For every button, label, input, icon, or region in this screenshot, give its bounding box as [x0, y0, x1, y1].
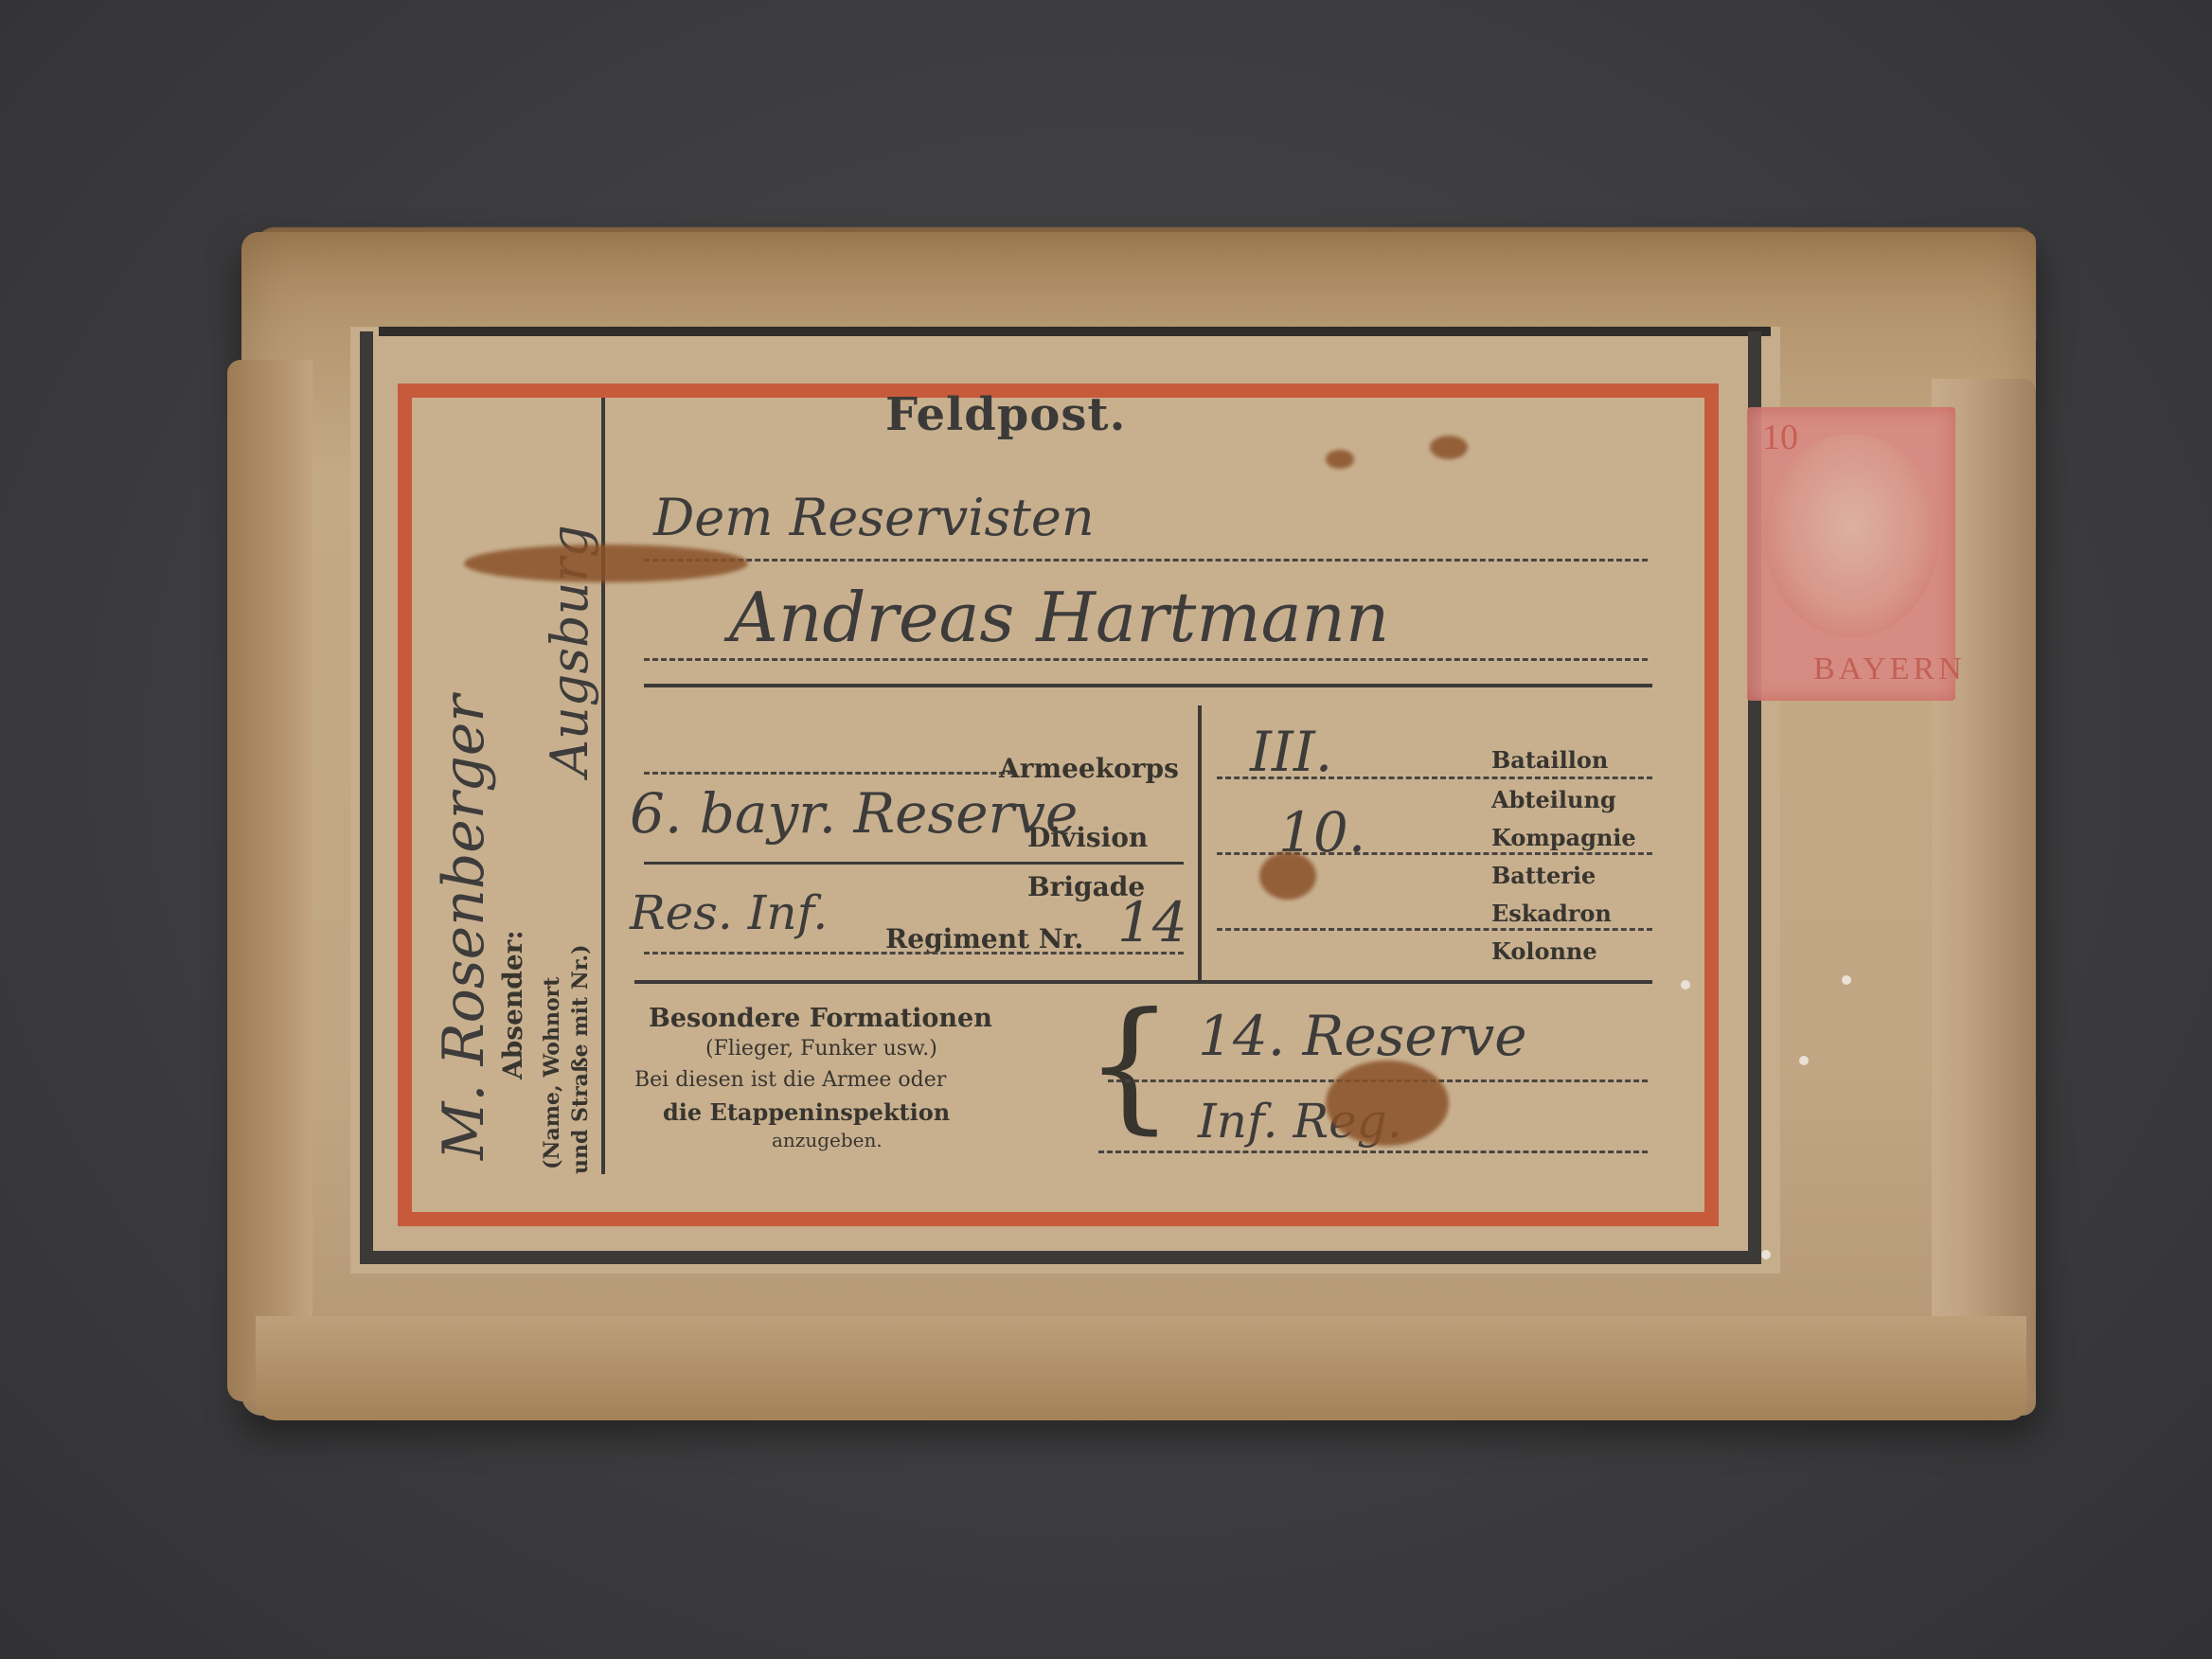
dotted-line [644, 658, 1648, 661]
kompagnie-label: Kompagnie [1491, 824, 1636, 851]
special-formations-sub: (Flieger, Funker usw.) [705, 1037, 937, 1061]
regiment-label: Regiment Nr. [885, 923, 1083, 954]
stamp-value: 10 [1762, 417, 1798, 458]
divider [644, 862, 1184, 865]
rust-stain [1326, 450, 1354, 469]
stamp-portrait-icon [1764, 434, 1939, 637]
divider [644, 684, 1652, 687]
division-value: 6. bayr. Reserve [630, 781, 1078, 846]
dotted-line [644, 772, 1013, 775]
dotted-line [1098, 1151, 1648, 1153]
special-formations-note: die Etappeninspektion [663, 1098, 950, 1126]
wear-spot [1761, 1250, 1771, 1259]
special-formations-value: 14. Reserve [1198, 1004, 1527, 1068]
wear-spot [1681, 980, 1690, 990]
wear-spot [1799, 1056, 1809, 1065]
special-formations-heading: Besondere Formationen [649, 1004, 992, 1033]
stamp-country: BAYERN [1813, 651, 1966, 687]
regiment-value: 14 [1117, 890, 1187, 954]
kolonne-label: Kolonne [1491, 937, 1597, 965]
regiment-prefix: Res. Inf. [630, 885, 828, 940]
special-formations-note: Bei diesen ist die Armee oder [634, 1068, 946, 1092]
postage-stamp: 10 BAYERN [1747, 407, 1955, 701]
division-label: Division [1027, 822, 1148, 853]
dotted-line [1217, 928, 1652, 931]
label-title: Feldpost. [885, 388, 1126, 441]
special-formations-note: anzugeben. [772, 1129, 883, 1151]
recipient-name: Andreas Hartmann [729, 578, 1389, 657]
brace: { [1084, 994, 1174, 1136]
sender-divider [601, 398, 605, 1174]
bataillon-label: Bataillon [1491, 746, 1608, 774]
sender-name: M. Rosenberger [431, 695, 497, 1160]
column-divider [1198, 705, 1202, 980]
recipient-salutation: Dem Reservisten [653, 488, 1095, 547]
sender-label: Absender: [497, 930, 528, 1079]
abteilung-label: Abteilung [1491, 786, 1616, 813]
bataillon-value: III. [1250, 720, 1332, 784]
armeekorps-label: Armeekorps [999, 753, 1179, 784]
rust-stain [1259, 852, 1316, 900]
sender-hint: und Straße mit Nr.) [568, 944, 593, 1174]
dotted-line [1217, 776, 1652, 779]
parcel-bottom-edge [256, 1316, 2026, 1420]
sender-hint: (Name, Wohnort [540, 977, 564, 1169]
rust-stain [464, 544, 748, 582]
parcel-left-edge [227, 360, 312, 1401]
rust-stain [1326, 1061, 1449, 1146]
wear-spot [1842, 975, 1851, 985]
eskadron-label: Eskadron [1491, 900, 1612, 927]
batterie-label: Batterie [1491, 862, 1596, 889]
dotted-line [644, 952, 1184, 954]
rust-stain [1430, 436, 1468, 459]
dotted-line [644, 559, 1648, 562]
